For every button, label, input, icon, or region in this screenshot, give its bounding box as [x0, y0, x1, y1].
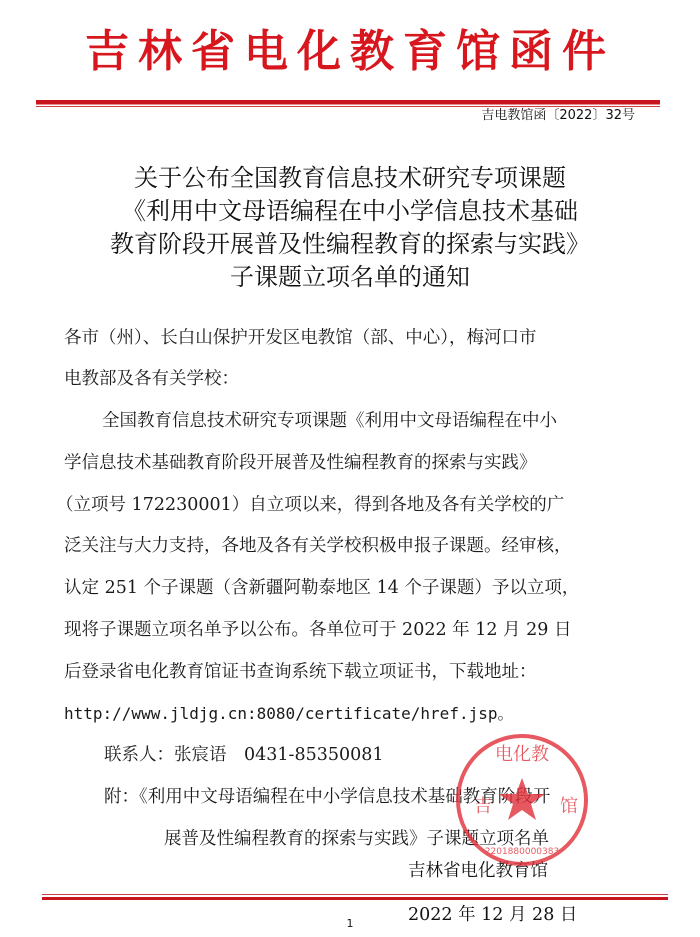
paragraph-line: 认定 251 个子课题（含新疆阿勒泰地区 14 个子课题）予以立项， — [64, 572, 579, 605]
official-seal-icon: 电化教 吉 馆 2201880000383 — [452, 730, 592, 870]
footer-divider — [42, 897, 668, 900]
svg-text:馆: 馆 — [560, 796, 578, 817]
paragraph-line: 泛关注与大力支持，各地及各有关学校积极申报子课题。经审核， — [64, 530, 572, 563]
svg-text:2201880000383: 2201880000383 — [485, 847, 559, 857]
salutation-line: 电教部及各有关学校： — [64, 363, 239, 396]
svg-text:吉: 吉 — [474, 796, 492, 817]
svg-text:电化教: 电化教 — [495, 744, 549, 765]
contact-line: 联系人：张宸语 0431-85350081 — [104, 739, 384, 772]
paragraph-line: 现将子课题立项名单予以公布。各单位可于 2022 年 12 月 29 日 — [64, 614, 571, 647]
paragraph-line: （立项号 172230001）自立项以来，得到各地及各有关学校的广 — [56, 489, 564, 522]
paragraph-line: 全国教育信息技术研究专项课题《利用中文母语编程在中小 — [102, 405, 557, 438]
paragraph-line: 后登录省电化教育馆证书查询系统下载立项证书，下载地址： — [64, 656, 537, 689]
page-number: 1 — [0, 917, 700, 930]
download-url[interactable]: http://www.jldjg.cn:8080/certificate/hre… — [64, 697, 513, 730]
paragraph-line: 学信息技术基础教育阶段开展普及性编程教育的探索与实践》 — [64, 447, 537, 480]
footer-divider-thin — [42, 894, 668, 895]
salutation-line: 各市（州）、长白山保护开发区电教馆（部、中心），梅河口市 — [64, 322, 537, 355]
